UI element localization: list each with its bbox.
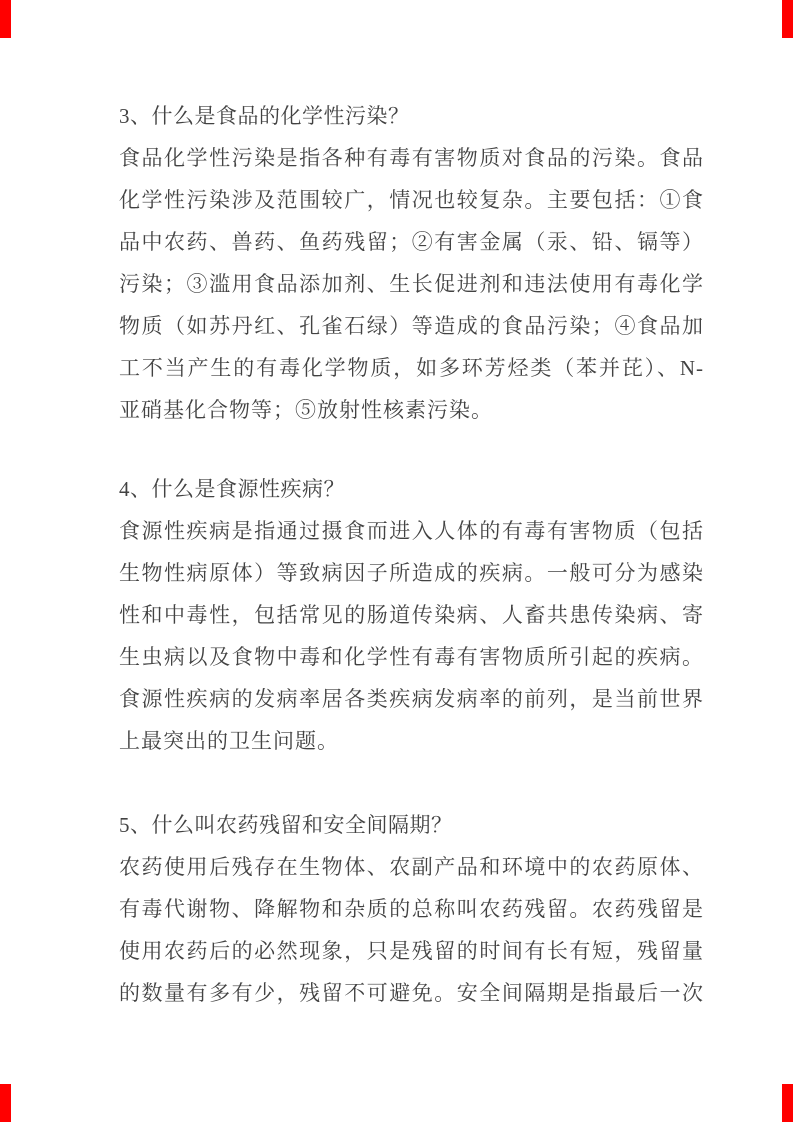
question-3-heading: 3、什么是食品的化学性污染？ (119, 95, 704, 137)
document-content: 3、什么是食品的化学性污染？ 食品化学性污染是指各种有毒有害物质对食品的污染。食… (119, 95, 704, 1014)
answer-4-text: 食源性疾病是指通过摄食而进入人体的有毒有害物质（包括生物性病原体）等致病因子所造… (119, 510, 704, 762)
scan-corner-mark-top-right (782, 0, 793, 38)
answer-5-text: 农药使用后残存在生物体、农副产品和环境中的农药原体、有毒代谢物、降解物和杂质的总… (119, 846, 704, 1014)
question-4-heading: 4、什么是食源性疾病？ (119, 468, 704, 510)
scan-corner-mark-bottom-right (782, 1084, 793, 1122)
qa-section-4: 4、什么是食源性疾病？ 食源性疾病是指通过摄食而进入人体的有毒有害物质（包括生物… (119, 468, 704, 762)
document-page: 3、什么是食品的化学性污染？ 食品化学性污染是指各种有毒有害物质对食品的污染。食… (0, 0, 793, 1122)
qa-section-5: 5、什么叫农药残留和安全间隔期？ 农药使用后残存在生物体、农副产品和环境中的农药… (119, 804, 704, 1014)
scan-corner-mark-top-left (0, 0, 11, 38)
question-5-heading: 5、什么叫农药残留和安全间隔期？ (119, 804, 704, 846)
scan-corner-mark-bottom-left (0, 1084, 11, 1122)
answer-3-text: 食品化学性污染是指各种有毒有害物质对食品的污染。食品化学性污染涉及范围较广，情况… (119, 137, 704, 431)
qa-section-3: 3、什么是食品的化学性污染？ 食品化学性污染是指各种有毒有害物质对食品的污染。食… (119, 95, 704, 431)
